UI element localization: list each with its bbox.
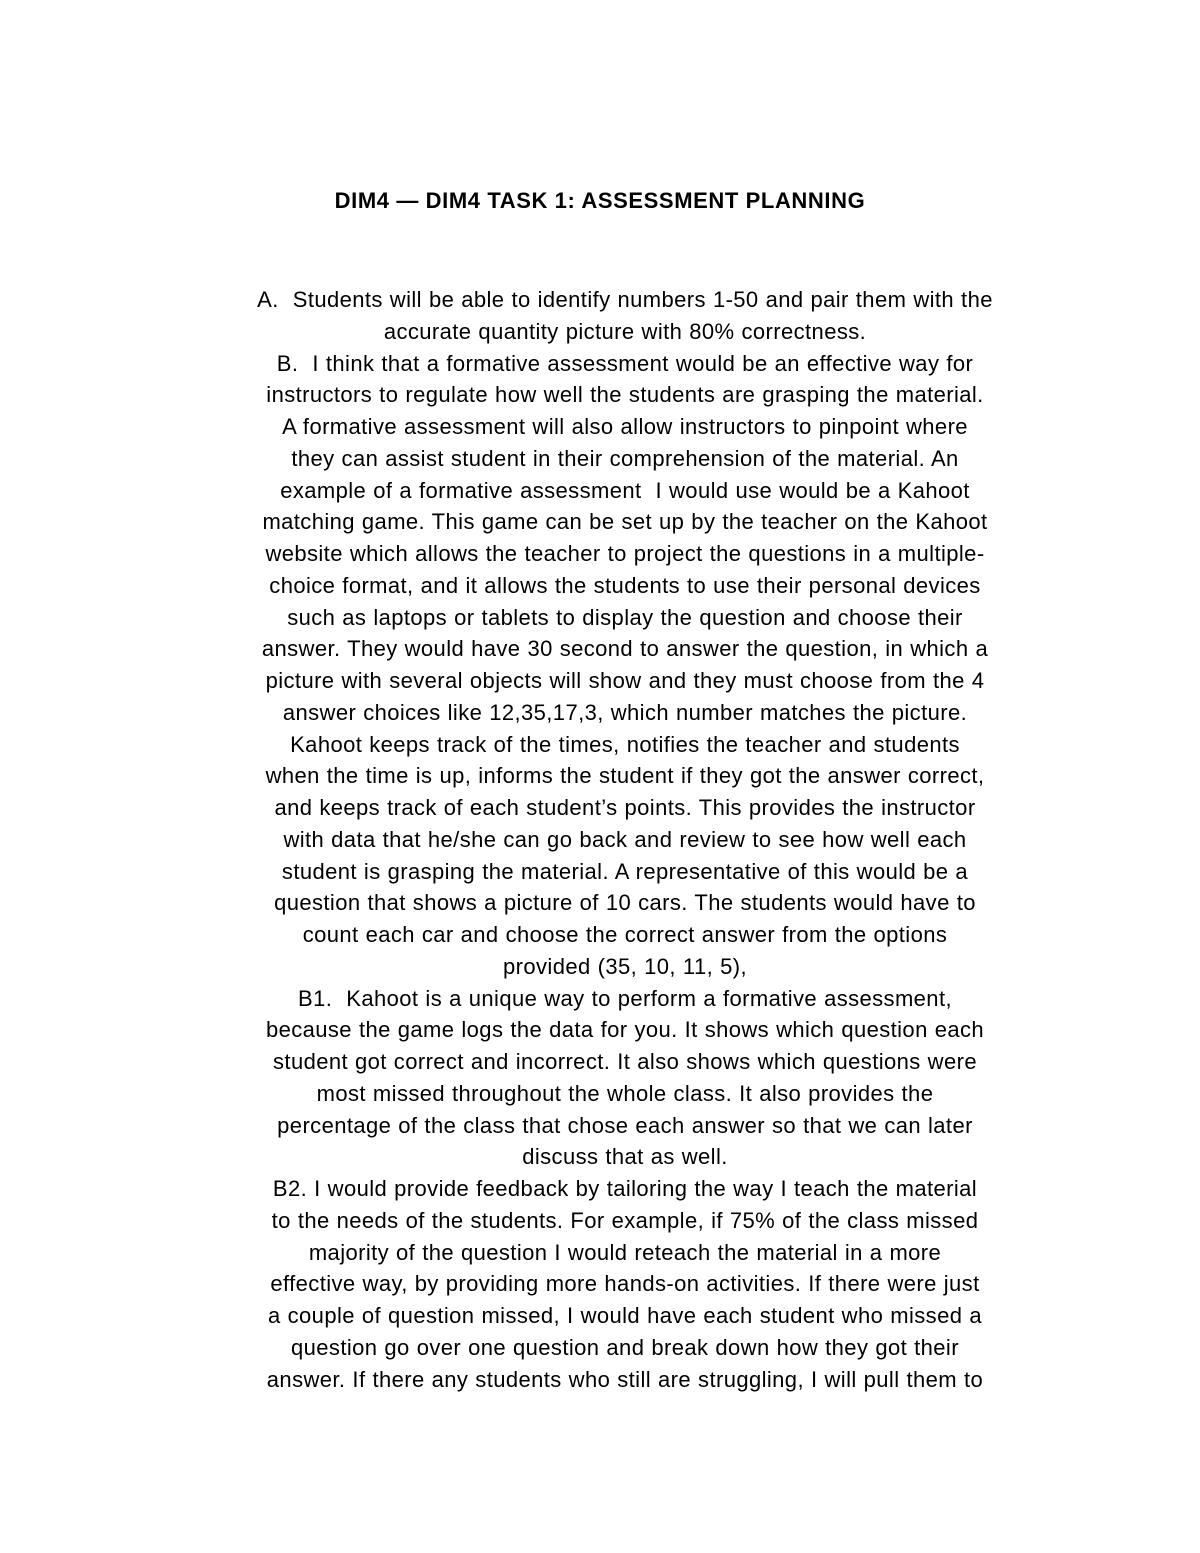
text-line: A. Students will be able to identify num… bbox=[180, 284, 1070, 316]
text-line: B. I think that a formative assessment w… bbox=[180, 348, 1070, 380]
text-line: such as laptops or tablets to display th… bbox=[180, 602, 1070, 634]
text-line: a couple of question missed, I would hav… bbox=[180, 1300, 1070, 1332]
document-body: A. Students will be able to identify num… bbox=[180, 284, 1070, 1395]
text-line: instructors to regulate how well the stu… bbox=[180, 379, 1070, 411]
text-line: picture with several objects will show a… bbox=[180, 665, 1070, 697]
text-line: answer. They would have 30 second to ans… bbox=[180, 633, 1070, 665]
text-line: choice format, and it allows the student… bbox=[180, 570, 1070, 602]
text-line: effective way, by providing more hands-o… bbox=[180, 1268, 1070, 1300]
text-line: discuss that as well. bbox=[180, 1141, 1070, 1173]
text-line: they can assist student in their compreh… bbox=[180, 443, 1070, 475]
text-line: majority of the question I would reteach… bbox=[180, 1237, 1070, 1269]
text-line: count each car and choose the correct an… bbox=[180, 919, 1070, 951]
text-line: student is grasping the material. A repr… bbox=[180, 856, 1070, 888]
text-line: Kahoot keeps track of the times, notifie… bbox=[180, 729, 1070, 761]
text-line: most missed throughout the whole class. … bbox=[180, 1078, 1070, 1110]
text-line: with data that he/she can go back and re… bbox=[180, 824, 1070, 856]
text-line: when the time is up, informs the student… bbox=[180, 760, 1070, 792]
text-line: to the needs of the students. For exampl… bbox=[180, 1205, 1070, 1237]
text-line: provided (35, 10, 11, 5), bbox=[180, 951, 1070, 983]
text-line: and keeps track of each student’s points… bbox=[180, 792, 1070, 824]
text-line: B2. I would provide feedback by tailorin… bbox=[180, 1173, 1070, 1205]
text-line: example of a formative assessment I woul… bbox=[180, 475, 1070, 507]
text-line: percentage of the class that chose each … bbox=[180, 1110, 1070, 1142]
text-line: website which allows the teacher to proj… bbox=[180, 538, 1070, 570]
document-page: DIM4 — DIM4 TASK 1: ASSESSMENT PLANNING … bbox=[0, 0, 1200, 1553]
text-line: student got correct and incorrect. It al… bbox=[180, 1046, 1070, 1078]
text-line: matching game. This game can be set up b… bbox=[180, 506, 1070, 538]
text-line: A formative assessment will also allow i… bbox=[180, 411, 1070, 443]
text-line: because the game logs the data for you. … bbox=[180, 1014, 1070, 1046]
text-line: answer. If there any students who still … bbox=[180, 1364, 1070, 1396]
text-line: answer choices like 12,35,17,3, which nu… bbox=[180, 697, 1070, 729]
page-title: DIM4 — DIM4 TASK 1: ASSESSMENT PLANNING bbox=[0, 0, 1200, 215]
text-line: B1. Kahoot is a unique way to perform a … bbox=[180, 983, 1070, 1015]
text-line: accurate quantity picture with 80% corre… bbox=[180, 316, 1070, 348]
text-line: question go over one question and break … bbox=[180, 1332, 1070, 1364]
text-line: question that shows a picture of 10 cars… bbox=[180, 887, 1070, 919]
